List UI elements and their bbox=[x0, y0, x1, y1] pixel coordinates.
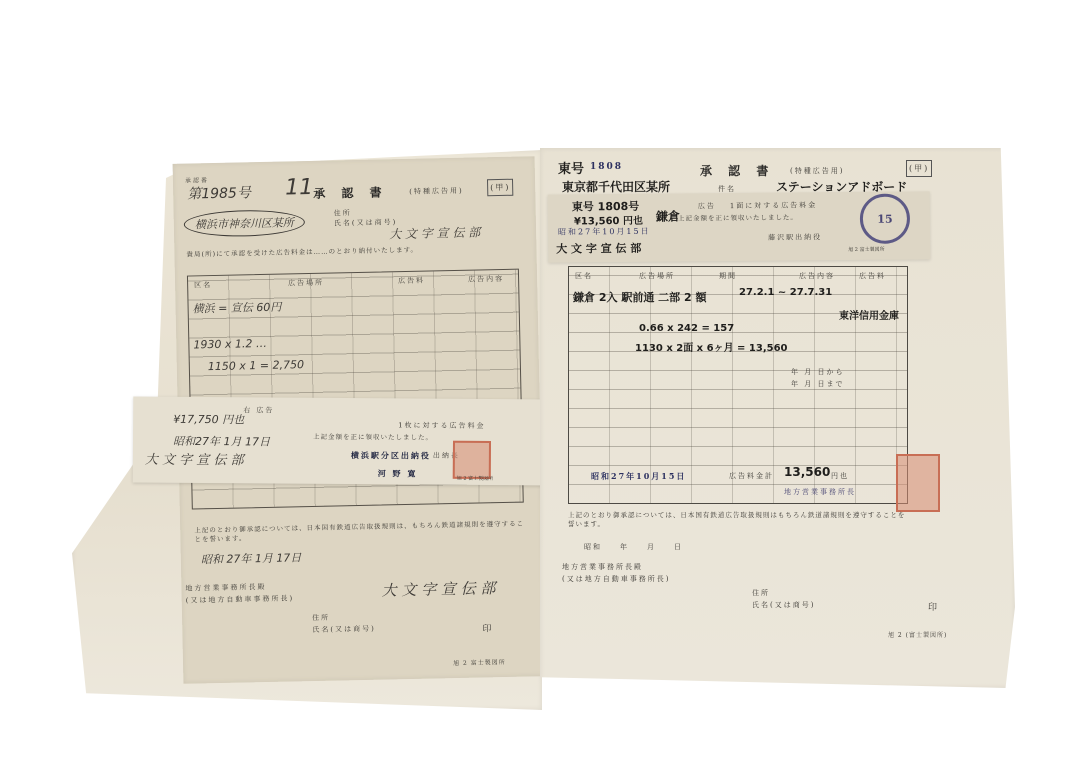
receipt-stamp-note: 旭 2 富士製図所 bbox=[457, 475, 493, 482]
table-note-3: 1150 x 1 = 2,750 bbox=[208, 358, 304, 373]
name-label: 氏名(又は商号) bbox=[752, 600, 815, 610]
document-title: 承 認 書 bbox=[313, 183, 388, 202]
fee-amount: 13,560 bbox=[784, 465, 830, 479]
addressee: 地方営業事務所長殿 bbox=[562, 562, 643, 572]
addressee: 地方営業事務所長殿 bbox=[185, 582, 266, 594]
handwritten-number: 第1985号 bbox=[187, 182, 251, 203]
table-header-period: 期間 bbox=[719, 271, 737, 281]
receipt-office: 横浜駅分区出納役 bbox=[351, 450, 431, 462]
handwritten-heading: 東京都千代田区某所 bbox=[562, 178, 670, 195]
strip-stamp-note: 旭 2 富士製図所 bbox=[848, 246, 884, 253]
table-calc-1: 0.66 x 242 = 157 bbox=[639, 323, 734, 334]
table-side-note: 東洋信用金庫 bbox=[839, 307, 899, 322]
strip-recipient: 大 文 字 宣 伝 部 bbox=[556, 240, 641, 257]
fee-suffix: 円也 bbox=[831, 471, 849, 481]
red-seal-stamp bbox=[453, 441, 491, 479]
handwritten-mark: 11 bbox=[285, 175, 314, 201]
addressee-alt: (又は地方自動車事務所長) bbox=[186, 593, 295, 605]
footer-text: 上記のとおり御承認については、日本国有鉄道広告取扱規則は、もちろん鉄道諸規則を遵… bbox=[194, 519, 524, 544]
table-header-fee: 広告料 bbox=[398, 276, 425, 287]
address-label: 住所 bbox=[312, 613, 330, 623]
addressee-alt: (又は地方自動車事務所長) bbox=[562, 574, 670, 584]
table-header-area: 区名 bbox=[575, 271, 593, 281]
circled-entry: 横浜市神奈川区某所 bbox=[184, 209, 306, 238]
table-header-content: 広告内容 bbox=[799, 271, 835, 281]
period-to: 年 月 日まで bbox=[791, 379, 844, 389]
number-label: 東号 bbox=[558, 158, 584, 177]
table-header-location: 広告場所 bbox=[288, 278, 324, 289]
form-id: 旭 2 (富士製図所) bbox=[888, 630, 947, 639]
table-calc-2: 1130 x 2面 x 6ヶ月 = 13,560 bbox=[635, 339, 788, 354]
strip-text-1: 広告 bbox=[698, 201, 716, 211]
date-blank: 昭和 年 月 日 bbox=[584, 542, 683, 552]
strip-text-2: 1面に対する広告料金 bbox=[730, 200, 818, 211]
table-row-entry: 鎌倉 2入 駅前通 二部 2 額 bbox=[573, 289, 706, 305]
table-note-1: 横浜 = 宣伝 60円 bbox=[192, 299, 281, 317]
printed-date: 昭和27年10月15日 bbox=[591, 471, 686, 482]
table-period-entry: 27.2.1 ~ 27.7.31 bbox=[739, 287, 832, 298]
address-label: 住所 bbox=[752, 588, 770, 598]
name-field-label: 氏名(又は商号) bbox=[334, 217, 398, 228]
footer-text: 上記のとおり御承認については、日本国有鉄道広告取扱規則はもちろん鉄道諸規則を遵守… bbox=[568, 510, 908, 528]
corner-code: (甲) bbox=[487, 179, 514, 197]
seal-label: 印 bbox=[928, 600, 939, 613]
period-from: 年 月 日から bbox=[791, 367, 844, 377]
receipt-date: 昭和27年 1月 17日 bbox=[173, 433, 270, 450]
name-label: 氏名(又は商号) bbox=[312, 624, 376, 635]
intro-text: 貴局(所)にて承認を受けた広告料金は……のとおり納付いたします。 bbox=[186, 245, 418, 259]
receipt-text-2: 1枚に対する広告料金 bbox=[398, 420, 486, 431]
strip-location: 鎌倉 bbox=[656, 208, 680, 225]
right-receipt-strip: 東号 1808号 ¥13,560 円也 鎌倉 広告 1面に対する広告料金 上記金… bbox=[548, 191, 931, 262]
red-seal-stamp bbox=[896, 454, 940, 512]
corner-code: (甲) bbox=[906, 160, 932, 177]
office-printed: 地方営業事務所長 bbox=[784, 487, 856, 497]
fee-label: 広告料金計 bbox=[729, 471, 774, 481]
seal-label: 印 bbox=[482, 621, 493, 634]
document-title: 承 認 書 bbox=[700, 162, 774, 179]
stamp-day: 15 bbox=[877, 212, 892, 225]
date: 昭和 27年 1月 17日 bbox=[201, 549, 302, 567]
title-note: (特種広告用) bbox=[790, 166, 844, 176]
left-receipt-strip: 右 広告 ¥17,750 円也 1枚に対する広告料金 上記金額を正に領収いたしま… bbox=[133, 397, 549, 486]
title-note: (特種広告用) bbox=[409, 186, 464, 197]
handwritten-signature: 大 文 字 宣 伝 部 bbox=[381, 577, 495, 600]
receipt-recipient: 大 文 字 宣 伝 部 bbox=[145, 449, 244, 469]
receipt-text-3: 上記金額を正に領収いたしました。 bbox=[313, 432, 433, 442]
round-date-stamp: 15 bbox=[860, 194, 910, 244]
strip-date: 昭和27年10月15日 bbox=[558, 226, 651, 238]
table-header-content: 広告内容 bbox=[468, 274, 504, 285]
table-note-2: 1930 x 1.2 … bbox=[193, 337, 267, 352]
document-number: 1808 bbox=[590, 162, 623, 172]
strip-office: 藤沢駅出納役 bbox=[768, 232, 822, 242]
fee-table: 区名 広告場所 期間 広告内容 広告料 鎌倉 2入 駅前通 二部 2 額 27.… bbox=[568, 266, 908, 504]
table-header-area: 区名 bbox=[194, 280, 212, 290]
receipt-amount: ¥17,750 円也 bbox=[173, 411, 244, 427]
receipt-text-1: 右 広告 bbox=[243, 405, 274, 415]
handwritten-company: 大 文 字 宣 伝 部 bbox=[389, 223, 480, 242]
receipt-issuer: 河 野 寛 bbox=[378, 468, 418, 479]
table-header-location: 広告場所 bbox=[639, 271, 675, 281]
strip-text-3: 上記金額を正に領収いたしました。 bbox=[678, 212, 798, 222]
address-field-label: 住所 bbox=[334, 208, 352, 218]
table-header-fee: 広告料 bbox=[859, 271, 886, 281]
form-id: 旭 2 富士製図所 bbox=[453, 657, 506, 667]
